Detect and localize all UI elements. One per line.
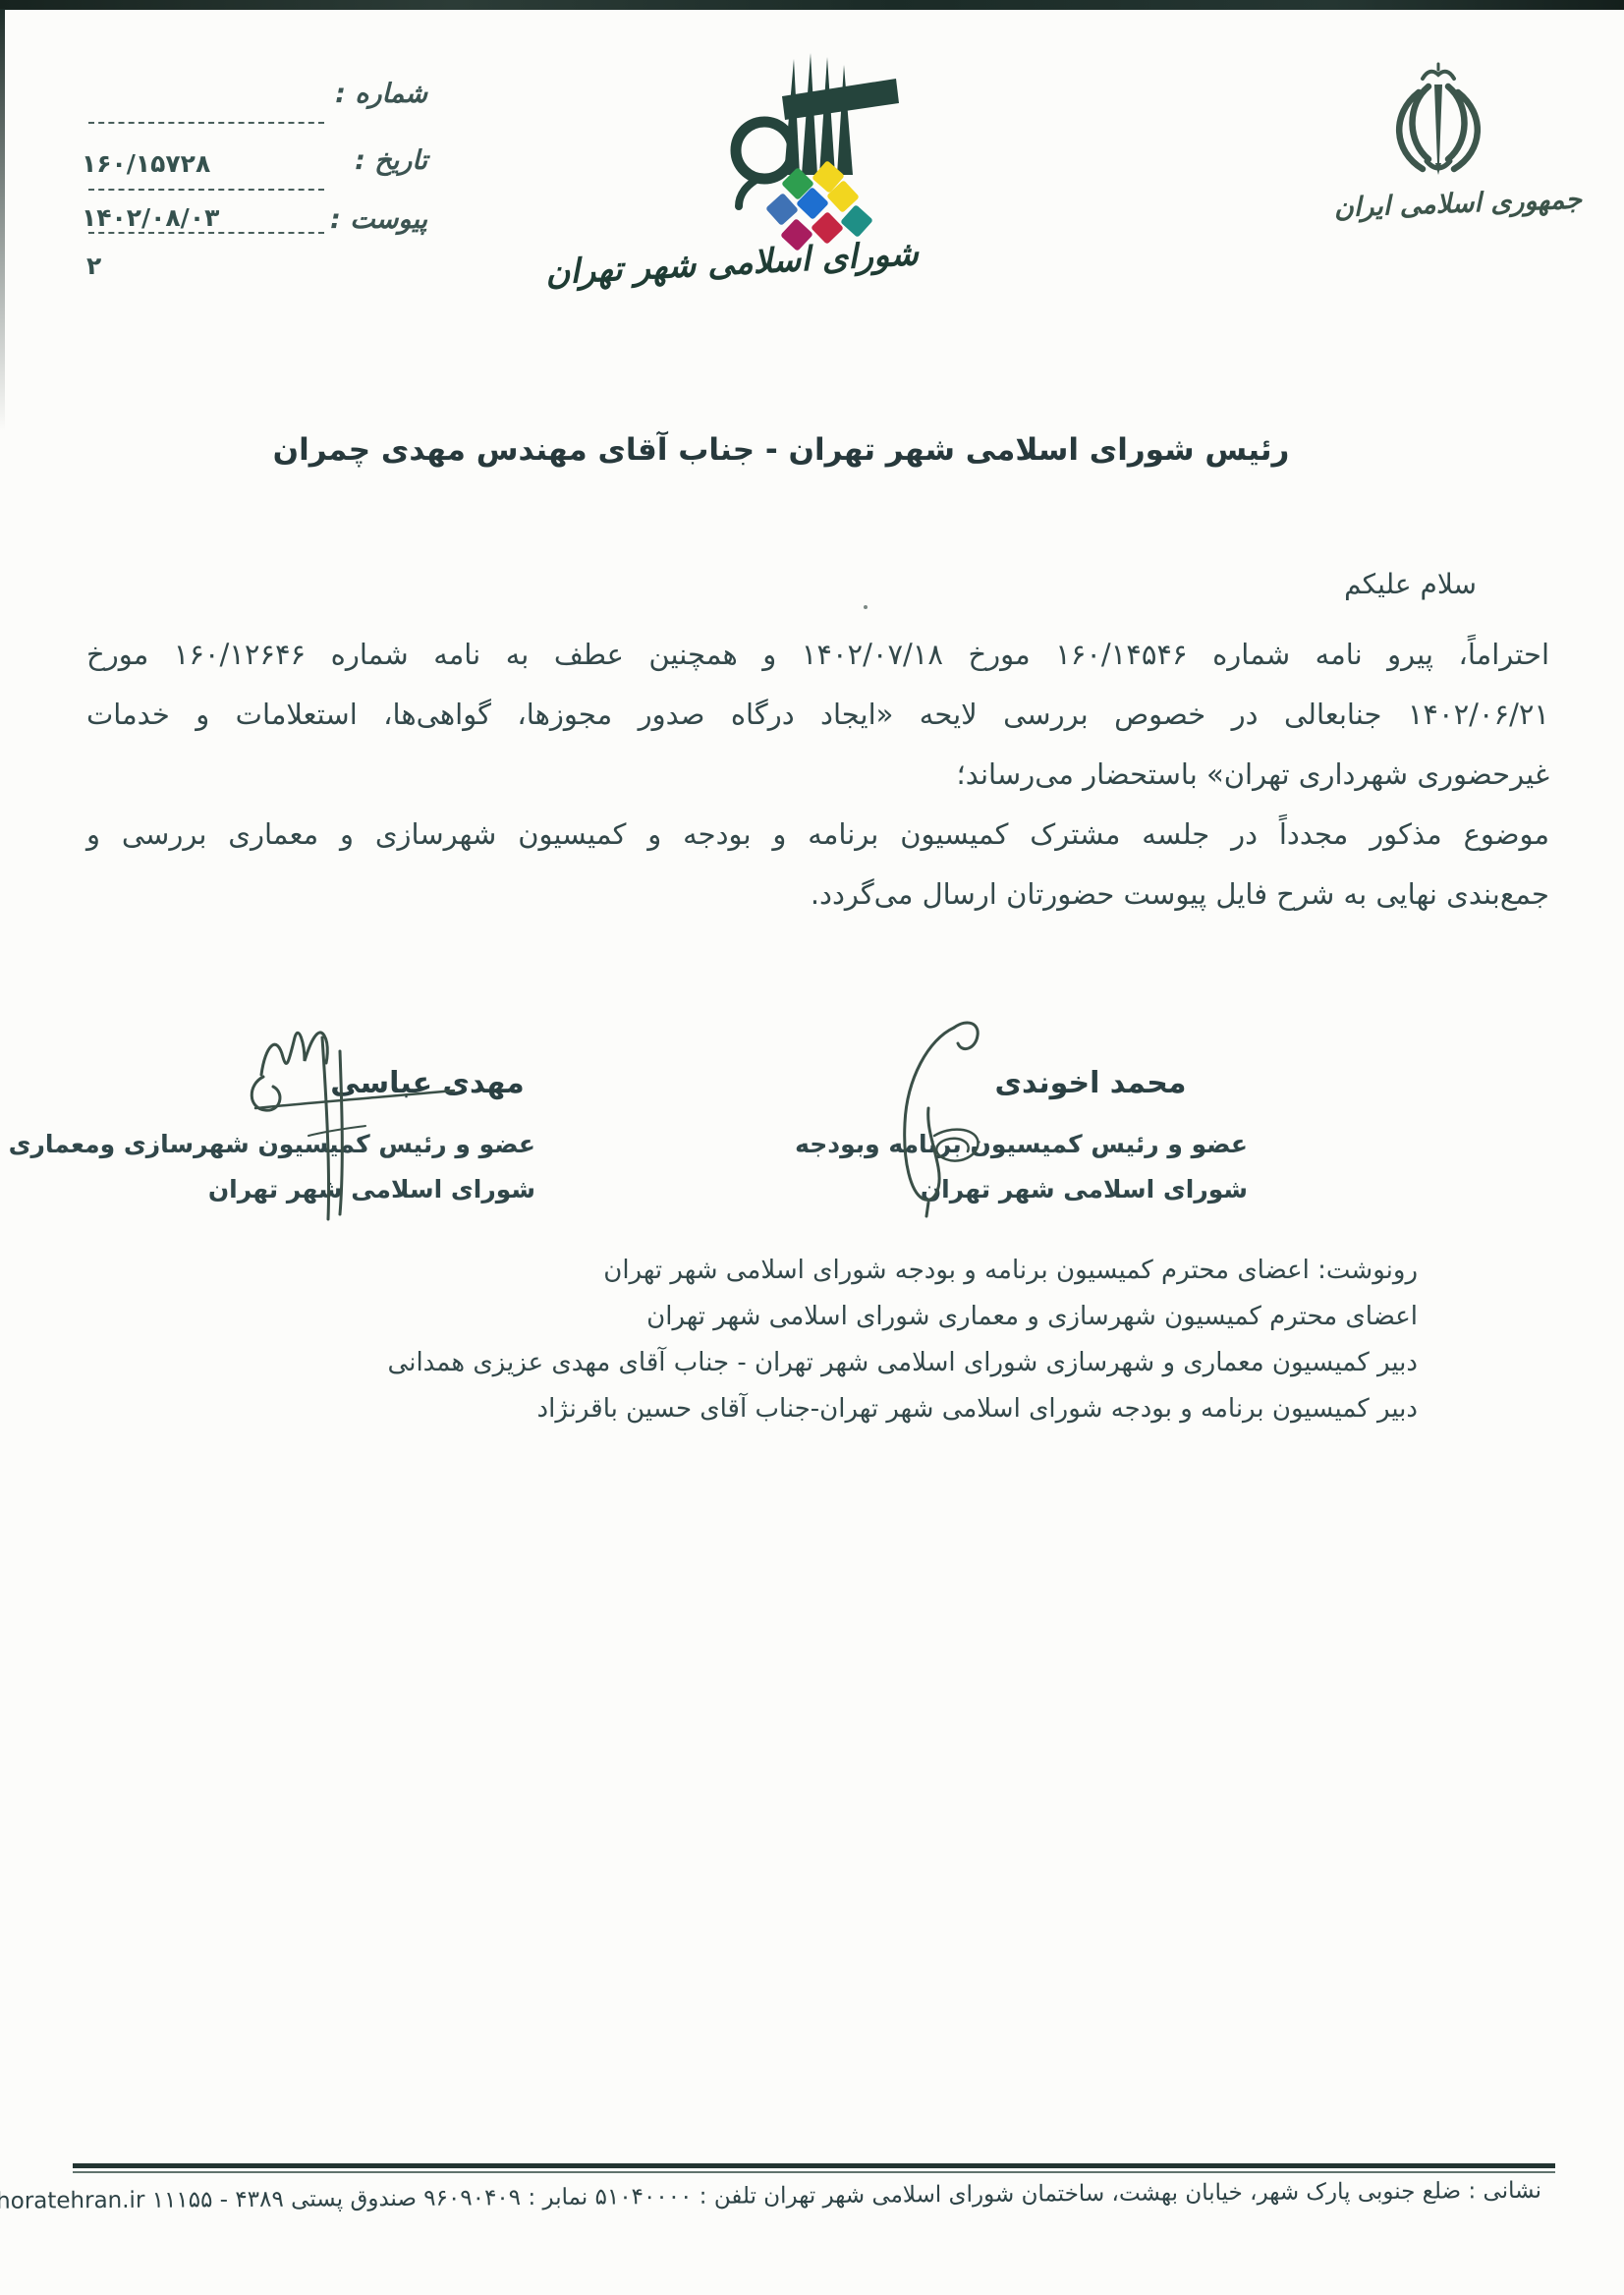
- letter-date-value: ۱۴۰۲/۰۸/۰۳: [82, 203, 219, 232]
- body-line-4: موضوع مذکور مجدداً در جلسه مشترک کمیسیون…: [86, 805, 1549, 865]
- council-logo: [727, 49, 904, 257]
- number-dash-line: [88, 122, 324, 124]
- letter-number-value: ۱۶۰/۱۵۷۲۸: [82, 149, 210, 178]
- cc-list: رونوشت: اعضای محترم کمیسیون برنامه و بود…: [354, 1248, 1418, 1432]
- body-line-1: احتراماً، پیرو نامه شماره ۱۶۰/۱۴۵۴۶ مورخ…: [86, 625, 1549, 685]
- national-emblem-caption: جمهوری اسلامی ایران: [1324, 184, 1593, 223]
- letter-body: احتراماً، پیرو نامه شماره ۱۶۰/۱۴۵۴۶ مورخ…: [86, 625, 1549, 924]
- attachment-label: پیوست :: [330, 204, 427, 235]
- footer-rule-thick: [73, 2163, 1555, 2168]
- council-emblem-icon: [727, 49, 904, 257]
- number-label: شماره :: [335, 79, 427, 109]
- footer-rule-thin: [73, 2171, 1555, 2173]
- council-wordmark: شورای اسلامی شهر تهران: [623, 234, 920, 289]
- signature-scribble-right: [889, 1010, 1036, 1221]
- body-line-2: ۱۴۰۲/۰۶/۲۱ جنابعالی در خصوص بررسی لایحه …: [86, 685, 1549, 745]
- cc-line-3: دبیر کمیسیون معماری و شهرسازی شورای اسلا…: [354, 1340, 1418, 1386]
- footer-address: نشانی : ضلع جنوبی پارک شهر، خیابان بهشت،…: [83, 2178, 1541, 2213]
- scanned-letter-page: شماره : تاریخ : ۱۶۰/۱۵۷۲۸ پیوست : ۱۴۰۲/۰…: [0, 0, 1624, 2295]
- reference-fields: شماره : تاریخ : ۱۶۰/۱۵۷۲۸ پیوست : ۱۴۰۲/۰…: [54, 79, 427, 295]
- signature-scribble-left: [244, 1018, 470, 1224]
- body-line-5: جمع‌بندی نهایی به شرح فایل پیوست حضورتان…: [86, 865, 1549, 924]
- cc-line-1: رونوشت: اعضای محترم کمیسیون برنامه و بود…: [354, 1248, 1418, 1294]
- scan-artifact-top-edge: [0, 0, 1624, 10]
- scan-artifact-dot: [864, 605, 868, 609]
- date-label: تاریخ :: [355, 145, 427, 176]
- date-dash-line: [88, 189, 324, 191]
- salutation: سلام علیکم: [1344, 568, 1477, 600]
- body-line-3: غیرحضوری شهرداری تهران» باستحضار می‌رسان…: [86, 745, 1549, 805]
- attachment-count-value: ۲: [86, 252, 101, 280]
- scan-artifact-left-edge: [0, 9, 5, 431]
- cc-line-2: اعضای محترم کمیسیون شهرسازی و معماری شور…: [354, 1294, 1418, 1340]
- iran-emblem-icon: [1383, 61, 1493, 189]
- recipient-line: رئیس شورای اسلامی شهر تهران - جناب آقای …: [84, 432, 1479, 468]
- cc-line-4: دبیر کمیسیون برنامه و بودجه شورای اسلامی…: [354, 1386, 1418, 1432]
- attachment-dash-line: [88, 232, 324, 234]
